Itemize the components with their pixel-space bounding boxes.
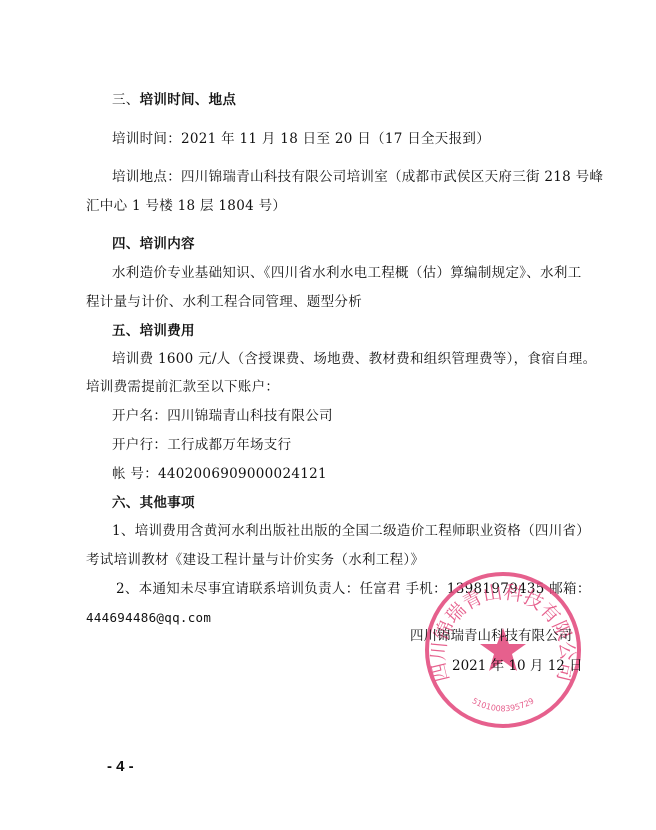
fee-line2: 培训费需提前汇款至以下账户： bbox=[86, 378, 279, 396]
signature-org: 四川锦瑞青山科技有限公司 bbox=[410, 627, 572, 645]
other-item1-line2: 考试培训教材《建设工程计量与计价实务（水利工程）》 bbox=[86, 551, 424, 569]
fee-line1: 培训费 1600 元/人（含授课费、场地费、教材费和组织管理费等），食宿自理。 bbox=[112, 350, 596, 368]
section-4-heading: 四、培训内容 bbox=[112, 235, 195, 253]
account-name: 开户名：四川锦瑞青山科技有限公司 bbox=[112, 407, 333, 425]
signature-date: 2021 年 10 月 12 日 bbox=[452, 657, 583, 675]
training-location-line2: 汇中心 1 号楼 18 层 1804 号） bbox=[86, 197, 286, 215]
section-3-heading: 三、培训时间、地点 bbox=[112, 91, 236, 109]
other-item1-line1: 1、培训费用含黄河水利出版社出版的全国二级造价工程师职业资格（四川省） bbox=[112, 522, 590, 540]
stamp-code: 5101008395729 bbox=[470, 696, 535, 713]
account-number: 帐 号：4402006909000024121 bbox=[112, 465, 327, 483]
section-6-heading: 六、其他事项 bbox=[112, 494, 195, 512]
section-5-heading: 五、培训费用 bbox=[112, 322, 195, 340]
bank-name: 开户行：工行成都万年场支行 bbox=[112, 436, 291, 454]
contact-email: 444694486@qq.com bbox=[86, 609, 211, 627]
page-number: - 4 - bbox=[107, 758, 134, 775]
training-content-line1: 水利造价专业基础知识、《四川省水利水电工程概（估）算编制规定》、水利工 bbox=[112, 264, 582, 282]
training-content-line2: 程计量与计价、水利工程合同管理、题型分析 bbox=[86, 293, 362, 311]
training-location-line1: 培训地点：四川锦瑞青山科技有限公司培训室（成都市武侯区天府三街 218 号峰 bbox=[112, 168, 603, 186]
company-seal-stamp: 四川锦瑞青山科技有限公司 5101008395729 bbox=[423, 570, 583, 730]
training-time: 培训时间：2021 年 11 月 18 日至 20 日（17 日全天报到） bbox=[112, 130, 490, 148]
document-page: 三、培训时间、地点 培训时间：2021 年 11 月 18 日至 20 日（17… bbox=[0, 0, 656, 830]
